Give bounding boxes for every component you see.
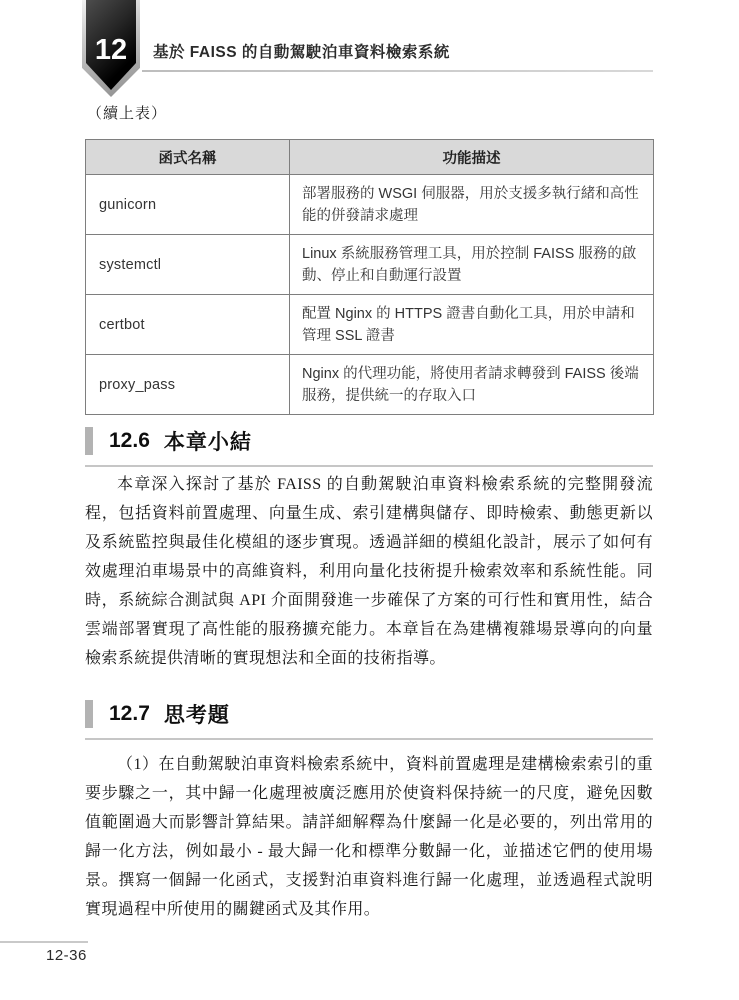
column-header-description: 功能描述 (290, 140, 654, 175)
section-heading-bar (85, 427, 93, 455)
section-title: 本章小結 (164, 426, 252, 456)
function-name-cell: gunicorn (86, 175, 290, 235)
footer-divider (0, 941, 88, 943)
section-heading-bar (85, 700, 93, 728)
chapter-badge: 12 (82, 0, 140, 97)
function-desc-cell: Nginx 的代理功能，將使用者請求轉發到 FAISS 後端服務，提供統一的存取… (290, 355, 654, 415)
section-12-6-paragraph: 本章深入探討了基於 FAISS 的自動駕駛泊車資料檢索系統的完整開發流程，包括資… (85, 470, 653, 673)
section-number: 12.6 (109, 429, 150, 453)
function-desc-cell: 配置 Nginx 的 HTTPS 證書自動化工具，用於申請和管理 SSL 證書 (290, 295, 654, 355)
header-divider (142, 70, 653, 72)
table-row: gunicorn 部署服務的 WSGI 伺服器，用於支援多執行緒和高性能的併發請… (86, 175, 654, 235)
function-table: 函式名稱 功能描述 gunicorn 部署服務的 WSGI 伺服器，用於支援多執… (85, 139, 654, 415)
table-row: certbot 配置 Nginx 的 HTTPS 證書自動化工具，用於申請和管理… (86, 295, 654, 355)
section-title: 思考題 (164, 699, 230, 729)
chapter-number: 12 (82, 34, 140, 67)
section-heading-12-6: 12.6 本章小結 (85, 426, 653, 467)
section-number: 12.7 (109, 702, 150, 726)
function-name-cell: systemctl (86, 235, 290, 295)
table-continuation-note: （續上表） (87, 102, 167, 123)
chapter-title: 基於 FAISS 的自動駕駛泊車資料檢索系統 (153, 40, 450, 62)
table-header-row: 函式名稱 功能描述 (86, 140, 654, 175)
section-12-7-paragraph: （1）在自動駕駛泊車資料檢索系統中，資料前置處理是建構檢索索引的重要步驟之一，其… (85, 750, 653, 924)
book-page: 12 基於 FAISS 的自動駕駛泊車資料檢索系統 （續上表） 函式名稱 功能描… (0, 0, 739, 1000)
table-row: systemctl Linux 系統服務管理工具，用於控制 FAISS 服務的啟… (86, 235, 654, 295)
function-desc-cell: Linux 系統服務管理工具，用於控制 FAISS 服務的啟動、停止和自動運行設… (290, 235, 654, 295)
column-header-function-name: 函式名稱 (86, 140, 290, 175)
function-name-cell: proxy_pass (86, 355, 290, 415)
table-row: proxy_pass Nginx 的代理功能，將使用者請求轉發到 FAISS 後… (86, 355, 654, 415)
section-heading-12-7: 12.7 思考題 (85, 699, 653, 740)
function-desc-cell: 部署服務的 WSGI 伺服器，用於支援多執行緒和高性能的併發請求處理 (290, 175, 654, 235)
page-number: 12-36 (46, 947, 87, 964)
function-name-cell: certbot (86, 295, 290, 355)
